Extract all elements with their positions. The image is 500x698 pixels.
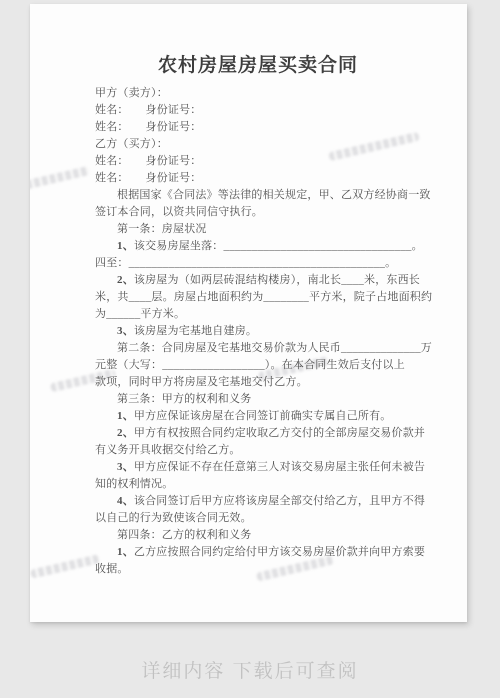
- contract-line: 姓名： 身份证号：: [95, 119, 421, 136]
- contract-line: 知的权利情况。: [95, 476, 421, 493]
- contract-line: 3、该房屋为宅基地自建房。: [95, 323, 421, 340]
- page-background: 农村房屋房屋买卖合同 甲方（卖方）：姓名： 身份证号：姓名： 身份证号：乙方（买…: [0, 0, 500, 698]
- contract-line: 姓名： 身份证号：: [95, 170, 421, 187]
- contract-line: 米，共____层。房屋占地面积约为________平方米，院子占地面积约: [95, 289, 421, 306]
- footer-bar: 详细内容 下载后可查阅: [0, 652, 500, 698]
- contract-body: 甲方（卖方）：姓名： 身份证号：姓名： 身份证号：乙方（买方）：姓名： 身份证号…: [95, 85, 421, 578]
- contract-line: 第四条：乙方的权利和义务: [95, 527, 421, 544]
- contract-line: 有义务开具收据交付给乙方。: [95, 442, 421, 459]
- contract-line: 第三条：甲方的权利和义务: [95, 391, 421, 408]
- contract-line: 第二条：合同房屋及宅基地交易价款为人民币______________万: [95, 340, 421, 357]
- contract-line: 1、乙方应按照合同约定给付甲方该交易房屋价款并向甲方索要: [95, 544, 421, 561]
- contract-line: 为______平方米。: [95, 306, 421, 323]
- document-title: 农村房屋房屋买卖合同: [95, 54, 421, 78]
- contract-line: 2、甲方有权按照合同约定收取乙方交付的全部房屋交易价款并: [95, 425, 421, 442]
- contract-line: 收据。: [95, 561, 421, 578]
- contract-line: 乙方（买方）：: [95, 136, 421, 153]
- contract-line: 甲方（卖方）：: [95, 85, 421, 102]
- contract-line: 2、该房屋为（如两层砖混结构楼房），南北长____米，东西长: [95, 272, 421, 289]
- contract-line: 签订本合同，以资共同信守执行。: [95, 204, 421, 221]
- contract-line: 4、该合同签订后甲方应将该房屋全部交付给乙方，且甲方不得: [95, 493, 421, 510]
- contract-page: 农村房屋房屋买卖合同 甲方（卖方）：姓名： 身份证号：姓名： 身份证号：乙方（买…: [30, 4, 467, 622]
- contract-line: 3、甲方应保证不存在任意第三人对该交易房屋主张任何未被告: [95, 459, 421, 476]
- contract-line: 1、该交易房屋坐落：______________________________…: [95, 238, 421, 255]
- contract-line: 姓名： 身份证号：: [95, 153, 421, 170]
- contract-line: 姓名： 身份证号：: [95, 102, 421, 119]
- watermark: [30, 166, 90, 191]
- contract-line: 1、甲方应保证该房屋在合同签订前确实专属自己所有。: [95, 408, 421, 425]
- watermark: [30, 554, 100, 579]
- contract-line: 元整（大写：__________________）。在本合同生效后支付以上: [95, 357, 421, 374]
- contract-line: 款项，同时甲方将房屋及宅基地交付乙方。: [95, 374, 421, 391]
- footer-note: 详细内容 下载后可查阅: [141, 661, 358, 682]
- contract-line: 第一条：房屋状况: [95, 221, 421, 238]
- contract-line: 四至：_____________________________________…: [95, 255, 421, 272]
- contract-line: 根据国家《合同法》等法律的相关规定，甲、乙双方经协商一致: [95, 187, 421, 204]
- contract-line: 以自己的行为致使该合同无效。: [95, 510, 421, 527]
